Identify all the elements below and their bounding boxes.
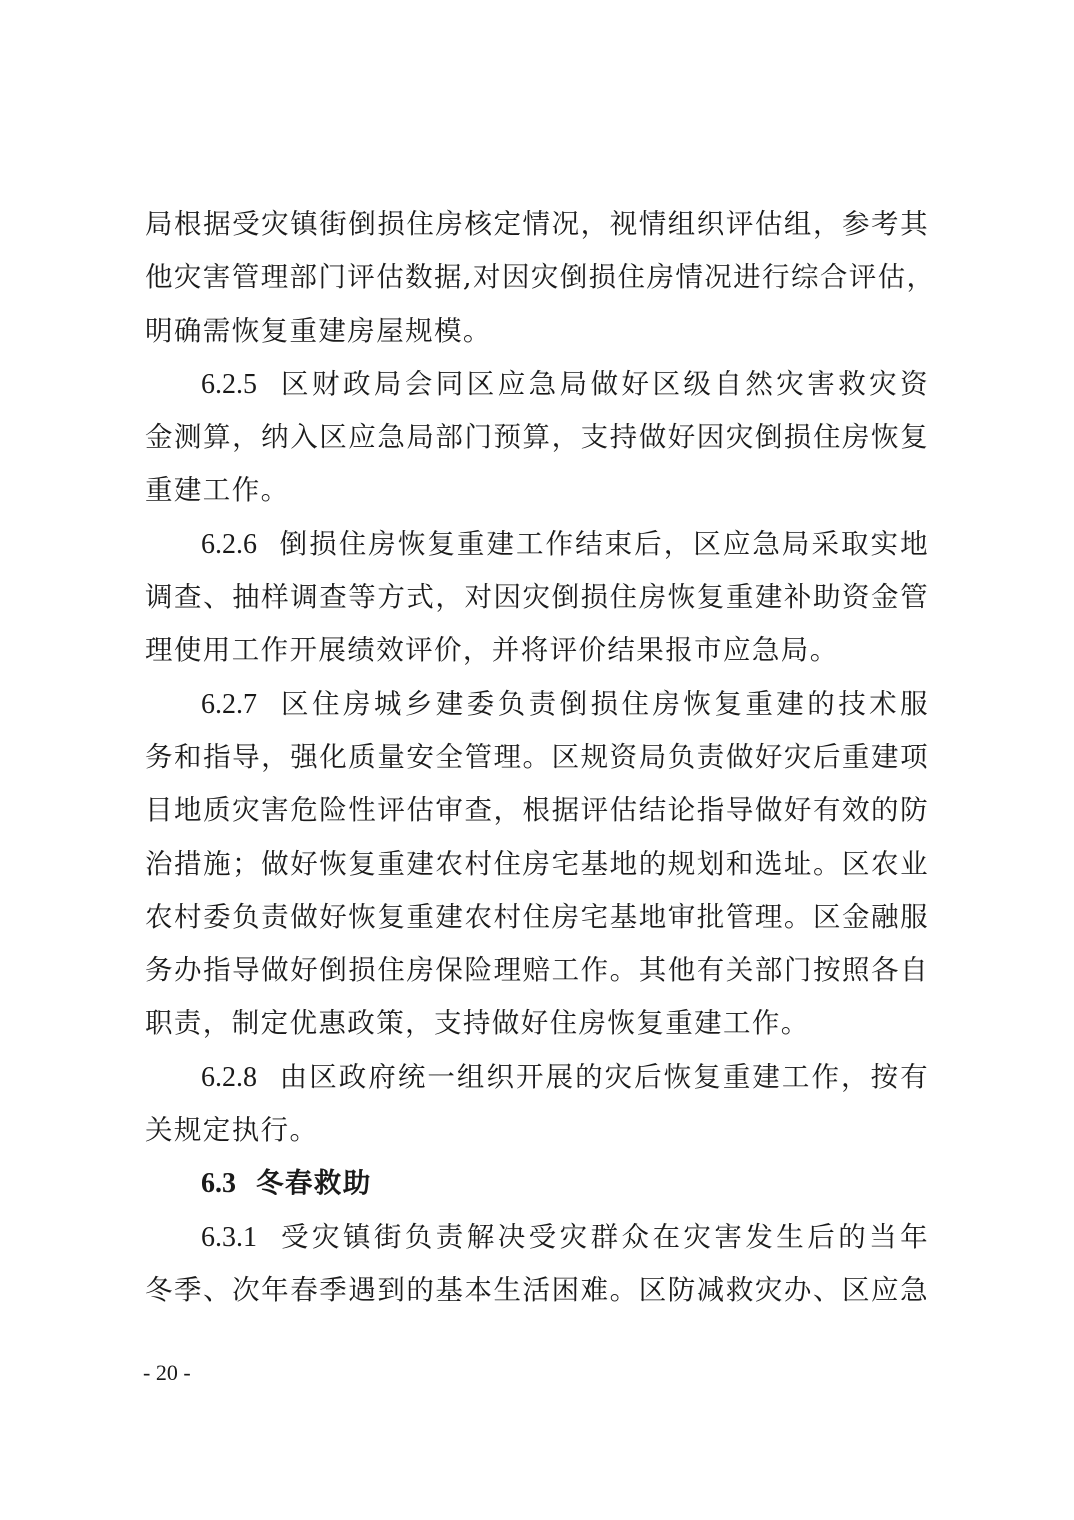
text-line: 6.2.5区财政局会同区应急局做好区级自然灾害救灾资: [145, 358, 929, 411]
clause-text: 受灾镇街负责解决受灾群众在灾害发生后的当年: [279, 1221, 929, 1253]
paragraph-6-2-6: 6.2.6倒损住房恢复重建工作结束后，区应急局采取实地 调查、抽样调查等方式，对…: [145, 518, 929, 678]
paragraph-6-3-1: 6.3.1受灾镇街负责解决受灾群众在灾害发生后的当年 冬季、次年春季遇到的基本生…: [145, 1211, 929, 1318]
paragraph-6-2-5: 6.2.5区财政局会同区应急局做好区级自然灾害救灾资 金测算，纳入区应急局部门预…: [145, 358, 929, 518]
text-line: 职责，制定优惠政策，支持做好住房恢复重建工作。: [145, 997, 929, 1050]
document-body: 局根据受灾镇街倒损住房核定情况，视情组织评估组，参考其 他灾害管理部门评估数据,…: [145, 198, 929, 1317]
section-number: 6.3: [201, 1168, 236, 1199]
text-line: 明确需恢复重建房屋规模。: [145, 305, 929, 358]
paragraph-continuation: 局根据受灾镇街倒损住房核定情况，视情组织评估组，参考其 他灾害管理部门评估数据,…: [145, 198, 929, 358]
text-line: 关规定执行。: [145, 1104, 929, 1157]
section-heading-6-3: 6.3冬春救助: [145, 1157, 929, 1210]
text-line: 6.3.1受灾镇街负责解决受灾群众在灾害发生后的当年: [145, 1211, 929, 1264]
section-title: 冬春救助: [256, 1167, 372, 1199]
text-line: 务和指导，强化质量安全管理。区规资局负责做好灾后重建项: [145, 731, 929, 784]
paragraph-6-2-8: 6.2.8由区政府统一组织开展的灾后恢复重建工作，按有 关规定执行。: [145, 1051, 929, 1158]
text-line: 理使用工作开展绩效评价，并将评价结果报市应急局。: [145, 624, 929, 677]
text-line: 6.2.7区住房城乡建委负责倒损住房恢复重建的技术服: [145, 678, 929, 731]
text-line: 局根据受灾镇街倒损住房核定情况，视情组织评估组，参考其: [145, 198, 929, 251]
text-line: 冬季、次年春季遇到的基本生活困难。区防减救灾办、区应急: [145, 1264, 929, 1317]
text-line: 调查、抽样调查等方式，对因灾倒损住房恢复重建补助资金管: [145, 571, 929, 624]
clause-number: 6.2.8: [201, 1062, 257, 1093]
clause-text: 倒损住房恢复重建工作结束后，区应急局采取实地: [279, 528, 929, 560]
text-line: 6.2.6倒损住房恢复重建工作结束后，区应急局采取实地: [145, 518, 929, 571]
text-line: 农村委负责做好恢复重建农村住房宅基地审批管理。区金融服: [145, 891, 929, 944]
text-line: 务办指导做好倒损住房保险理赔工作。其他有关部门按照各自: [145, 944, 929, 997]
page-number: - 20 -: [143, 1360, 191, 1386]
clause-number: 6.3.1: [201, 1222, 257, 1253]
paragraph-6-2-7: 6.2.7区住房城乡建委负责倒损住房恢复重建的技术服 务和指导，强化质量安全管理…: [145, 678, 929, 1051]
clause-number: 6.2.7: [201, 689, 257, 720]
text-line: 他灾害管理部门评估数据,对因灾倒损住房情况进行综合评估，: [145, 251, 929, 304]
clause-number: 6.2.5: [201, 369, 257, 400]
text-line: 6.2.8由区政府统一组织开展的灾后恢复重建工作，按有: [145, 1051, 929, 1104]
text-line: 重建工作。: [145, 464, 929, 517]
text-line: 治措施；做好恢复重建农村住房宅基地的规划和选址。区农业: [145, 838, 929, 891]
clause-text: 区住房城乡建委负责倒损住房恢复重建的技术服: [279, 688, 929, 720]
text-line: 金测算，纳入区应急局部门预算，支持做好因灾倒损住房恢复: [145, 411, 929, 464]
clause-text: 由区政府统一组织开展的灾后恢复重建工作，按有: [279, 1061, 929, 1093]
clause-number: 6.2.6: [201, 529, 257, 560]
text-line: 目地质灾害危险性评估审查，根据评估结论指导做好有效的防: [145, 784, 929, 837]
clause-text: 区财政局会同区应急局做好区级自然灾害救灾资: [279, 368, 929, 400]
